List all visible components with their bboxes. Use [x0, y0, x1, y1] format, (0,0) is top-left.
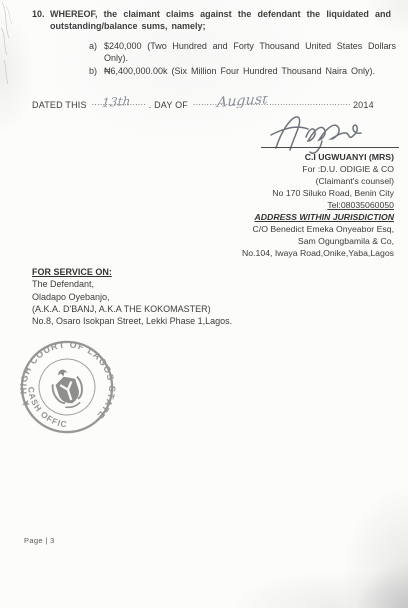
dated-line: DATED THIS .............................…	[32, 96, 377, 110]
counsel-block: C.I UGWUANYI (MRS) For :D.U. ODIGIE & CO…	[242, 151, 394, 259]
handwritten-day: 13th	[101, 96, 131, 108]
dated-prefix: DATED THIS	[32, 100, 87, 110]
claim-item-b: b) ₦6,400,000.00k (Six Million Four Hund…	[89, 65, 396, 77]
coat-of-arms-emblem	[48, 365, 88, 411]
claim-item-a: a) $240,000 (Two Hundred and Forty Thous…	[89, 40, 396, 65]
service-line-1: The Defendant,	[32, 278, 232, 290]
jurisdiction-line-2: Sam Ogungbamila & Co,	[242, 235, 394, 247]
service-heading: FOR SERVICE ON:	[32, 266, 232, 278]
stamp-arc-state-text: STATE	[87, 383, 116, 423]
scan-scratch-marks	[0, 0, 26, 100]
signature-line	[261, 147, 399, 148]
service-block: FOR SERVICE ON: The Defendant, Oladapo O…	[32, 266, 232, 327]
claim-items: a) $240,000 (Two Hundred and Forty Thous…	[89, 40, 396, 78]
day-dotted-field: ...................................... 1…	[92, 96, 146, 108]
item-b-label: b)	[89, 65, 100, 77]
scanned-document-page: 10. WHEREOF, the claimant claims against…	[0, 0, 408, 608]
counsel-name: C.I UGWUANYI (MRS)	[242, 151, 394, 163]
counsel-role: (Claimant's counsel)	[242, 175, 394, 187]
court-stamp: ★ HIGH COURT OF LAGOS STATE CASH OFFICE …	[18, 338, 116, 436]
counsel-address: No 170 Siluko Road, Benin City	[242, 187, 394, 199]
item-a-label: a)	[89, 40, 100, 65]
dated-year: 2014	[353, 100, 374, 110]
service-line-3: (A.K.A. D'BANJ, A.K.A THE KOKOMASTER)	[32, 303, 232, 315]
counsel-telephone: Tel:08035060050	[242, 199, 394, 211]
jurisdiction-line-3: No.104, Iwaya Road,Onike,Yaba,Lagos	[242, 247, 394, 259]
page-number: Page | 3	[24, 536, 55, 545]
item-b-text: ₦6,400,000.00k (Six Million Four Hundred…	[104, 65, 375, 77]
service-line-2: Oladapo Oyebanjo,	[32, 291, 232, 303]
service-line-4: No.8, Osaro Isokpan Street, Lekki Phase …	[32, 315, 232, 327]
clause-text: WHEREOF, the claimant claims against the…	[50, 8, 391, 33]
item-a-text: $240,000 (Two Hundred and Forty Thousand…	[104, 40, 396, 65]
svg-text:STATE: STATE	[87, 383, 116, 423]
clause-10: 10. WHEREOF, the claimant claims against…	[32, 8, 391, 33]
jurisdiction-heading: ADDRESS WITHIN JURISDICTION	[242, 211, 394, 223]
clause-number: 10.	[32, 8, 46, 33]
handwritten-month: August	[216, 96, 268, 108]
month-dotted-field: ........................................…	[193, 96, 351, 108]
counsel-for-line: For :D.U. ODIGIE & CO	[242, 163, 394, 175]
dated-middle: . DAY OF	[149, 100, 188, 110]
jurisdiction-line-1: C/O Benedict Emeka Onyeabor Esq,	[242, 223, 394, 235]
